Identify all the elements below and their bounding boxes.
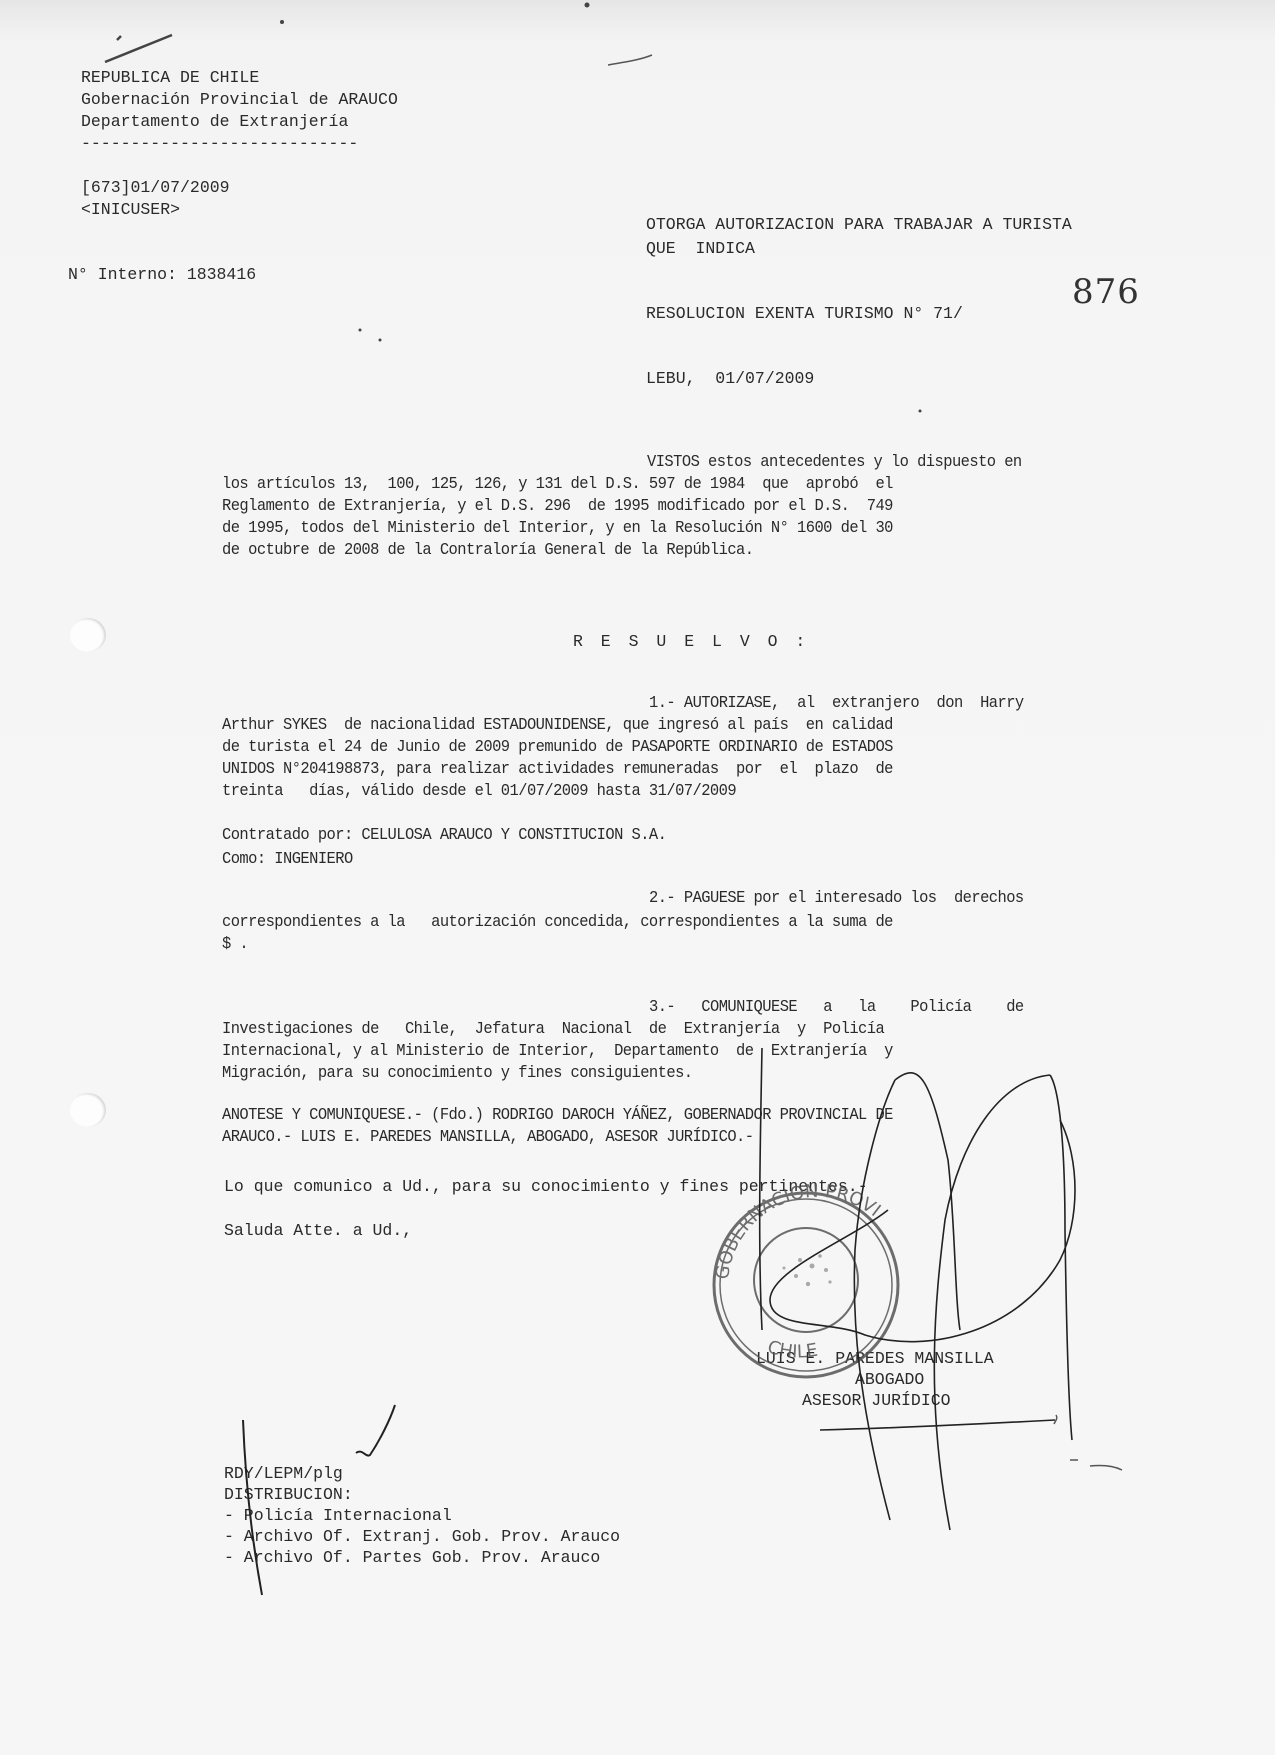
- item-line: UNIDOS N°204198873, para realizar activi…: [222, 759, 893, 782]
- corner-mark: [105, 35, 172, 62]
- vistos-line: de octubre de 2008 de la Contraloría Gen…: [222, 540, 753, 563]
- punch-hole: [70, 1093, 106, 1127]
- item-line: Internacional, y al Ministerio de Interi…: [222, 1041, 893, 1064]
- item-lead: 3.- COMUNIQUESE a la Policía de: [649, 997, 1024, 1020]
- header-country: REPUBLICA DE CHILE: [81, 67, 259, 89]
- item-lead: 1.- AUTORIZASE, al extranjero don Harry: [649, 693, 1024, 716]
- item-lead: 2.- PAGUESE por el interesado los derech…: [649, 888, 1024, 911]
- anotese-line: ARAUCO.- LUIS E. PAREDES MANSILLA, ABOGA…: [222, 1127, 753, 1150]
- header-rule: ----------------------------: [81, 133, 358, 155]
- vistos-line: los artículos 13, 100, 125, 126, y 131 d…: [222, 474, 893, 497]
- resolution-stamp-number: 876: [1072, 272, 1140, 312]
- employer: Contratado por: CELULOSA ARAUCO Y CONSTI…: [222, 825, 666, 848]
- item-line: Arthur SYKES de nacionalidad ESTADOUNIDE…: [222, 715, 893, 738]
- header-department: Departamento de Extranjería: [81, 111, 348, 133]
- initials: RDY/LEPM/plg: [224, 1463, 343, 1485]
- role: Como: INGENIERO: [222, 849, 353, 872]
- item-line: Investigaciones de Chile, Jefatura Nacio…: [222, 1019, 884, 1042]
- item-line: de turista el 24 de Junio de 2009 premun…: [222, 737, 893, 760]
- comunico-line: Lo que comunico a Ud., para su conocimie…: [224, 1176, 868, 1198]
- signer-title: ABOGADO: [855, 1369, 924, 1391]
- item-line: correspondientes a la autorización conce…: [222, 912, 893, 935]
- header-user: <INICUSER>: [81, 199, 180, 221]
- resolution-number: RESOLUCION EXENTA TURISMO N° 71/: [646, 303, 963, 325]
- distribution-label: DISTRIBUCION:: [224, 1484, 353, 1506]
- dust-specks: [280, 3, 922, 413]
- item-line: $ .: [222, 934, 248, 957]
- header-reference: [673]01/07/2009: [81, 177, 230, 199]
- anotese-line: ANOTESE Y COMUNIQUESE.- (Fdo.) RODRIGO D…: [222, 1105, 893, 1128]
- signer-role: ASESOR JURÍDICO: [802, 1390, 951, 1412]
- item-line: treinta días, válido desde el 01/07/2009…: [222, 781, 736, 804]
- resuelvo-heading: R E S U E L V O :: [573, 631, 809, 653]
- vistos-line: Reglamento de Extranjería, y el D.S. 296…: [222, 496, 893, 519]
- distribution-item: - Archivo Of. Partes Gob. Prov. Arauco: [224, 1547, 600, 1569]
- distribution-item: - Policía Internacional: [224, 1505, 452, 1527]
- vistos-line: de 1995, todos del Ministerio del Interi…: [222, 518, 893, 541]
- item-line: Migración, para su conocimiento y fines …: [222, 1063, 692, 1086]
- signer-name: LUIS E. PAREDES MANSILLA: [756, 1348, 994, 1370]
- header-office: Gobernación Provincial de ARAUCO: [81, 89, 398, 111]
- subject-line: OTORGA AUTORIZACION PARA TRABAJAR A TURI…: [646, 214, 1072, 236]
- distribution-item: - Archivo Of. Extranj. Gob. Prov. Arauco: [224, 1526, 620, 1548]
- place-date: LEBU, 01/07/2009: [646, 368, 814, 390]
- internal-number: N° Interno: 1838416: [68, 264, 256, 286]
- vistos-lead: VISTOS estos antecedentes y lo dispuesto…: [647, 452, 1022, 475]
- saluda-line: Saluda Atte. a Ud.,: [224, 1220, 412, 1242]
- punch-hole: [70, 618, 106, 652]
- subject-line: QUE INDICA: [646, 238, 755, 260]
